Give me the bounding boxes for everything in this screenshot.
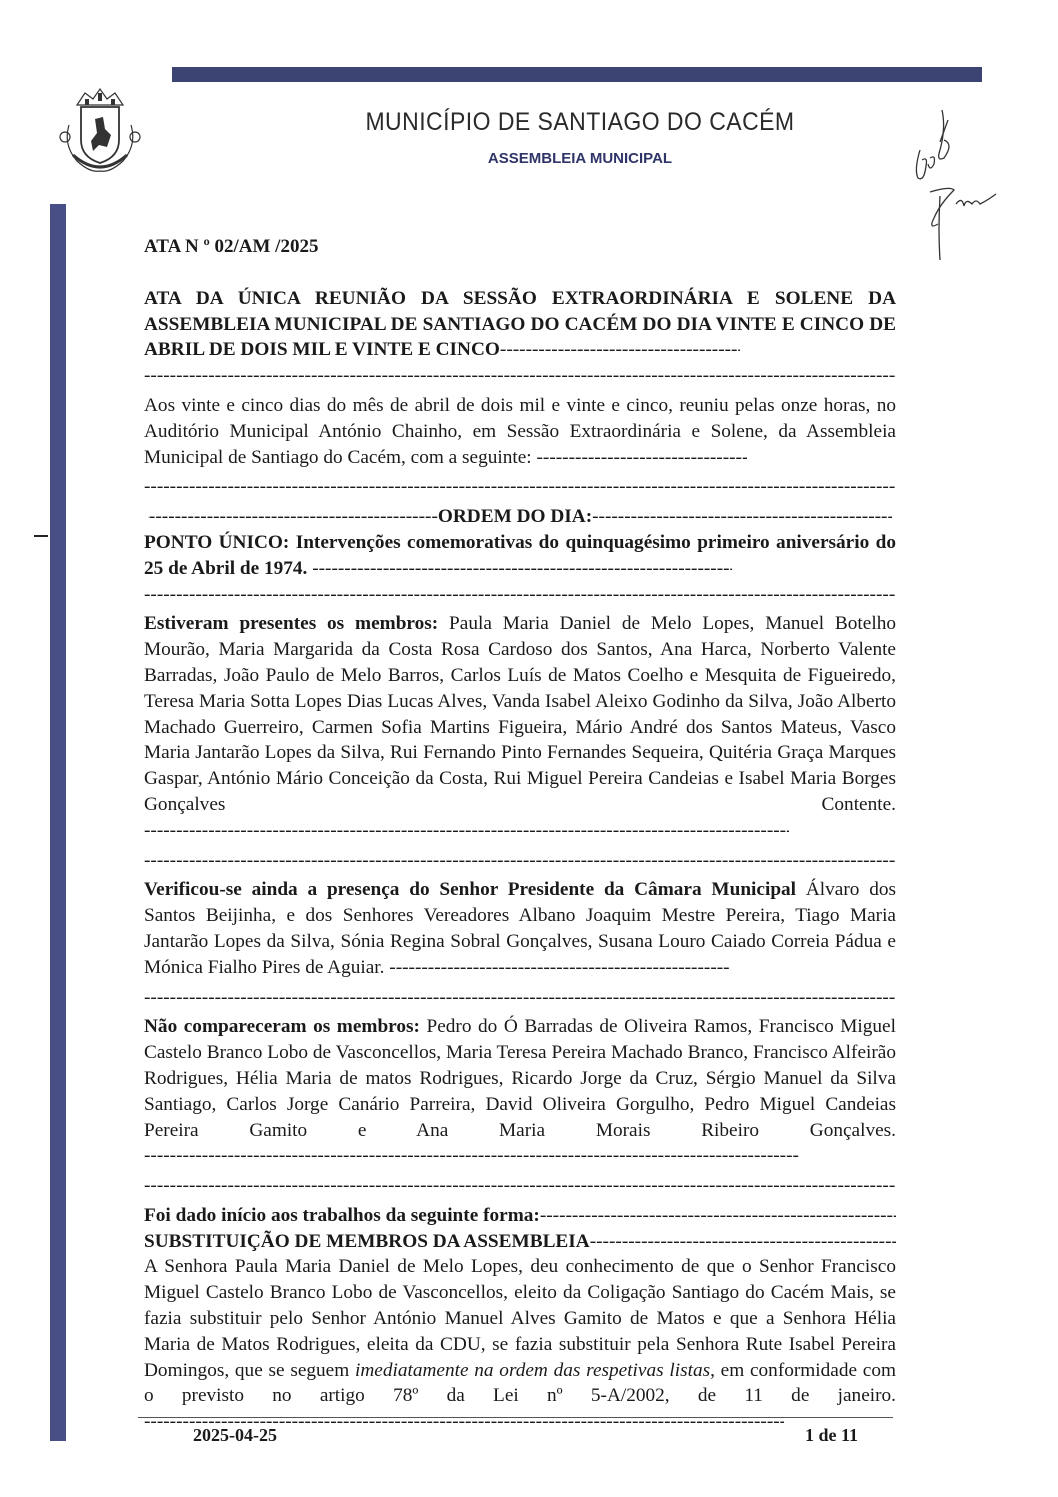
filler-dashes: ----------------------------------------… [590, 1231, 896, 1252]
dash-rule: ----------------------------------------… [144, 848, 896, 874]
agenda-item: PONTO ÚNICO: Intervenções comemorativas … [144, 530, 896, 582]
dash-rule: ----------------------------------------… [144, 985, 896, 1011]
start-label: Foi dado início aos trabalhos da seguint… [144, 1205, 540, 1226]
municipality-title: MUNICÍPIO DE SANTIAGO DO CACÉM [322, 108, 837, 137]
dash-rule: ----------------------------------------… [144, 582, 896, 608]
start-line: Foi dado início aos trabalhos da seguint… [144, 1203, 896, 1229]
filler-dashes: ----------------------------------------… [144, 818, 789, 844]
filler-dashes: ----------------------------------------… [389, 955, 729, 981]
substitution-italic: imediatamente na ordem das respetivas li… [355, 1360, 710, 1381]
agenda-heading: ORDEM DO DIA: [438, 506, 592, 527]
section-heading: SUBSTITUIÇÃO DE MEMBROS DA ASSEMBLEIA [144, 1231, 590, 1252]
also-present: Verificou-se ainda a presença do Senhor … [144, 877, 896, 980]
footer-date: 2025-04-25 [193, 1425, 277, 1446]
dash-rule: ----------------------------------------… [144, 363, 896, 389]
assembly-subtitle: ASSEMBLEIA MUNICIPAL [300, 150, 860, 167]
filler-dashes: ----------------------------------------… [540, 1205, 896, 1226]
filler-dashes: ----------------------------------------… [537, 445, 747, 471]
dash-rule: ----------------------------------------… [144, 474, 896, 500]
document-body: ATA N º 02/AM /2025 ATA DA ÚNICA REUNIÃO… [144, 234, 896, 1435]
signature-icon [900, 100, 1000, 265]
coat-of-arms-icon [55, 85, 145, 180]
opening-paragraph: Aos vinte e cinco dias do mês de abril d… [144, 393, 896, 470]
margin-mark [34, 535, 48, 537]
filler-dashes: ----------------------------------------… [312, 556, 732, 582]
filler-dashes: ----------------------------------------… [148, 504, 438, 530]
dash-rule: ----------------------------------------… [144, 1173, 896, 1199]
opening-text: Aos vinte e cinco dias do mês de abril d… [144, 395, 896, 468]
present-members-list: Paula Maria Daniel de Melo Lopes, Manuel… [144, 613, 896, 815]
agenda-item-label: PONTO ÚNICO: [144, 532, 289, 553]
agenda-heading-row: ----------------------------------------… [144, 504, 896, 530]
side-brand-bar [50, 204, 66, 1441]
present-members-label: Estiveram presentes os membros: [144, 613, 438, 634]
also-present-label: Verificou-se ainda a presença do Senhor … [144, 879, 796, 900]
section-heading-line: SUBSTITUIÇÃO DE MEMBROS DA ASSEMBLEIA---… [144, 1229, 896, 1255]
filler-dashes: ----------------------------------------… [500, 337, 740, 363]
filler-dashes: ----------------------------------------… [592, 504, 892, 530]
page-number: 1 de 11 [805, 1425, 858, 1446]
absent-members-label: Não compareceram os membros: [144, 1016, 420, 1037]
document-number: ATA N º 02/AM /2025 [144, 234, 896, 260]
header-brand-bar [172, 67, 982, 82]
absent-members: Não compareceram os membros: Pedro do Ó … [144, 1014, 896, 1169]
document-title: ATA DA ÚNICA REUNIÃO DA SESSÃO EXTRAORDI… [144, 286, 896, 363]
substitution-paragraph: A Senhora Paula Maria Daniel de Melo Lop… [144, 1254, 896, 1435]
present-members: Estiveram presentes os membros: Paula Ma… [144, 611, 896, 843]
footer-rule [138, 1417, 893, 1418]
filler-dashes: ----------------------------------------… [144, 1143, 799, 1169]
